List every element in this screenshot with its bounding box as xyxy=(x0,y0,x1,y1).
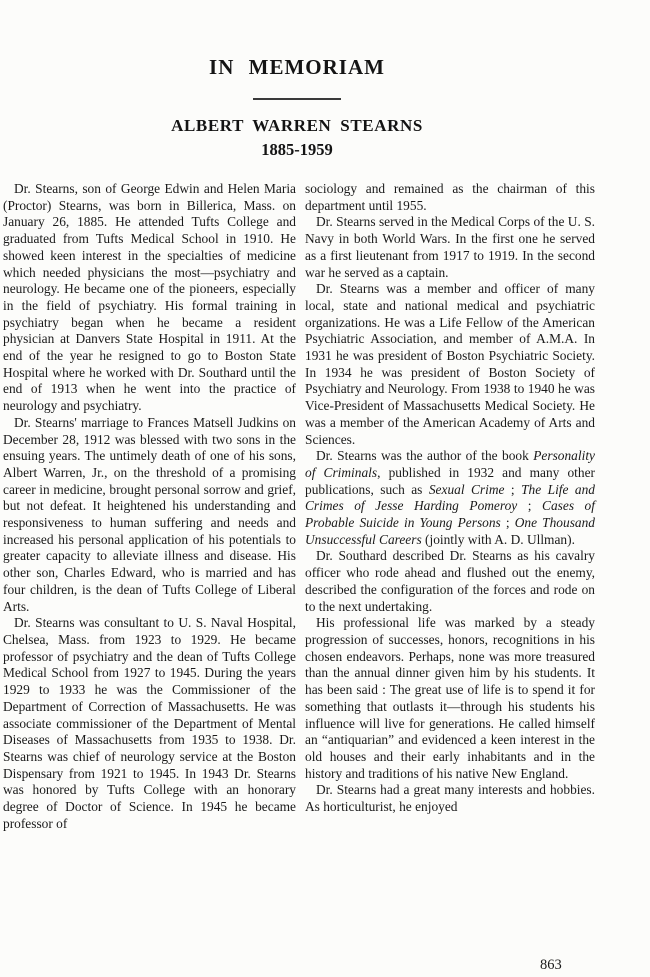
body-text: ; xyxy=(504,482,521,497)
body-text: Dr. Stearns was the author of the book xyxy=(316,448,533,463)
body-text: Dr. Stearns' marriage to Frances Matsell… xyxy=(3,415,296,614)
paragraph: Dr. Southard described Dr. Stearns as hi… xyxy=(305,548,595,615)
paragraph: Dr. Stearns was a member and officer of … xyxy=(305,281,595,448)
page-title: IN MEMORIAM xyxy=(0,55,594,80)
body-text: sociology and remained as the chairman o… xyxy=(305,181,595,213)
body-text: Dr. Southard described Dr. Stearns as hi… xyxy=(305,548,595,613)
text-columns: Dr. Stearns, son of George Edwin and Hel… xyxy=(3,181,595,832)
memorial-page: IN MEMORIAM ALBERT WARREN STEARNS 1885-1… xyxy=(0,0,650,977)
body-text: (jointly with A. D. Ullman). xyxy=(422,532,575,547)
body-text: Dr. Stearns was consultant to U. S. Nava… xyxy=(3,615,296,830)
paragraph: Dr. Stearns had a great many interests a… xyxy=(305,782,595,815)
right-column: sociology and remained as the chairman o… xyxy=(305,181,595,832)
paragraph: Dr. Stearns was consultant to U. S. Nava… xyxy=(3,615,296,832)
body-text: Dr. Stearns served in the Medical Corps … xyxy=(305,214,595,279)
paragraph: Dr. Stearns' marriage to Frances Matsell… xyxy=(3,415,296,615)
subject-name: ALBERT WARREN STEARNS xyxy=(0,116,594,136)
body-text: Dr. Stearns had a great many interests a… xyxy=(305,782,595,814)
page-number: 863 xyxy=(540,957,562,974)
paragraph: His professional life was marked by a st… xyxy=(305,615,595,782)
body-text: His professional life was marked by a st… xyxy=(305,615,595,780)
body-text: Dr. Stearns, son of George Edwin and Hel… xyxy=(3,181,296,413)
left-column: Dr. Stearns, son of George Edwin and Hel… xyxy=(3,181,296,832)
paragraph: Dr. Stearns was the author of the book P… xyxy=(305,448,595,548)
paragraph: Dr. Stearns, son of George Edwin and Hel… xyxy=(3,181,296,415)
italic-title-text: Sexual Crime xyxy=(429,482,505,497)
body-text: ; xyxy=(517,498,542,513)
title-divider xyxy=(253,98,341,100)
subject-years: 1885-1959 xyxy=(0,140,594,160)
paragraph: Dr. Stearns served in the Medical Corps … xyxy=(305,214,595,281)
paragraph: sociology and remained as the chairman o… xyxy=(305,181,595,214)
body-text: Dr. Stearns was a member and officer of … xyxy=(305,281,595,446)
body-text: ; xyxy=(501,515,515,530)
